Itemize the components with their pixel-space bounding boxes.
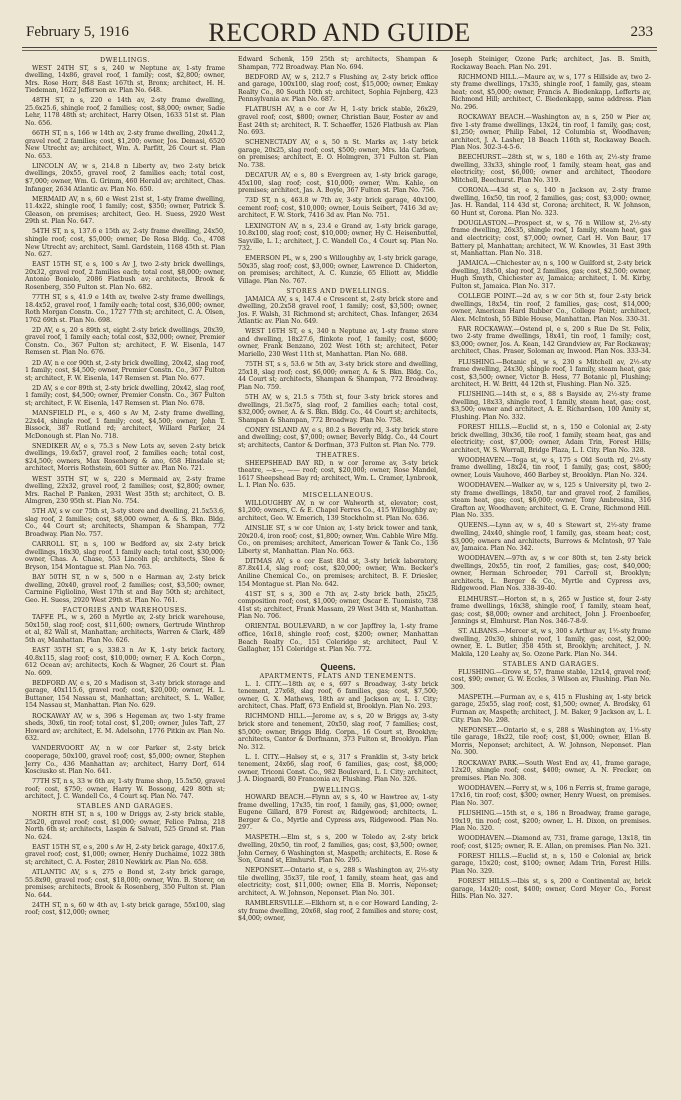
building-plan-entry: WOODHAVEN.—97th av, s w cor 80th st, ten…	[451, 555, 651, 593]
header-rule	[22, 47, 657, 48]
building-plan-entry: DECATUR AV, e s, 80 s Evergreen av, 1-st…	[238, 172, 438, 195]
section-heading: STABLES AND GARAGES.	[25, 803, 225, 811]
section-heading: DWELLINGS.	[238, 787, 438, 795]
building-plan-entry: 2D AV, n e cor 90th st, 2-sty brick dwel…	[25, 360, 225, 383]
building-plan-entry: 2D AV, e s, 20 s 89th st, eight 2-sty br…	[25, 327, 225, 357]
building-plan-entry: MANSFIELD PL, e s, 460 s Av M, 2-sty fra…	[25, 410, 225, 440]
column-3: Joseph Steiniger, Ozone Park; architect,…	[451, 56, 651, 903]
building-plan-entry: FLUSHING.—14th st, e s, 88 s Bayside av,…	[451, 391, 651, 421]
section-heading: MISCELLANEOUS.	[238, 492, 438, 500]
building-plan-entry: BEDFORD AV, w s, 212.7 s Flushing av, 2-…	[238, 74, 438, 104]
building-plan-entry: 41ST ST, s s, 300 e 7th av, 2-sty brick …	[238, 591, 438, 621]
building-plan-entry: 5TH AV, s w cor 75th st, 3-sty store and…	[25, 508, 225, 538]
building-plan-entry: RICHMOND HILL.—Jerome av, s s, 20 w Brig…	[238, 713, 438, 751]
building-plan-entry: 75TH ST, s s, 53.6 w 5th av, 3-sty brick…	[238, 361, 438, 391]
building-plan-entry: CARROLL ST, n s, 100 w Bedford av, six 2…	[25, 541, 225, 571]
column-1: DWELLINGS.WEST 24TH ST, s s, 240 w Neptu…	[25, 56, 225, 919]
building-plan-entry: DOUGLASTON.—Prospect st, w s, 76 n Willo…	[451, 220, 651, 258]
building-plan-entry: 73D ST, n s, 463.8 w 7th av, 3-sty brick…	[238, 197, 438, 220]
building-plan-entry: ORIENTAL BOULEVARD, n w cor Japffrey la,…	[238, 623, 438, 653]
building-plan-entry: 77TH ST, n s, 33 w 6th av, 1-sty frame s…	[25, 778, 225, 801]
building-plan-entry: LINCOLN AV, w s, 214.8 n Liberty av, two…	[25, 163, 225, 193]
building-plan-entry: JAMAICA AV, s s, 147.4 e Crescent st, 2-…	[238, 296, 438, 326]
building-plan-entry: FLUSHING.—Grove st, 57, frame stable, 12…	[451, 669, 651, 692]
building-plan-entry: BEDFORD AV, e s, 20 s Madison st, 3-sty …	[25, 680, 225, 710]
section-heading: STORES AND DWELLINGS.	[238, 288, 438, 296]
building-plan-entry: CORONA.—43d st, e s, 140 n Jackson av, 2…	[451, 187, 651, 217]
building-plan-entry: ROCKAWAY BEACH.—Washington av, n s, 250 …	[451, 114, 651, 152]
building-plan-entry: MASPETH.—Furman av, e s, 415 n Flushing …	[451, 694, 651, 724]
building-plan-entry: BAY 50TH ST, n w s, 500 n e Harman av, 2…	[25, 574, 225, 604]
building-plan-entry: WEST 16TH ST, e s, 340 n Neptune av, 1-s…	[238, 328, 438, 358]
building-plan-entry: 77TH ST, s s, 41.9 e 14th av, twelve 2-s…	[25, 294, 225, 324]
building-plan-entry: FOREST HILLS.—Ibis st, s s, 200 e Contin…	[451, 878, 651, 901]
building-plan-entry: FLUSHING.—15th st, e s, 186 n Broadway, …	[451, 810, 651, 833]
building-plan-entry: AINSLIE ST, s w cor Union av, 1-sty bric…	[238, 525, 438, 555]
building-plan-entry: ATLANTIC AV, s s, 275 e Bond st, 2-sty b…	[25, 869, 225, 899]
section-heading: STABLES AND GARAGES.	[451, 661, 651, 669]
building-plan-entry: Joseph Steiniger, Ozone Park; architect,…	[451, 56, 651, 71]
building-plan-entry: NEPONSET.—Ontario st, e s, 288 s Washing…	[451, 727, 651, 757]
building-plan-entry: ELMHURST.—Horton st, n s, 265 w Justice …	[451, 596, 651, 626]
building-plan-entry: RAMBLERSVILLE.—Elkhorn st, n e cor Howar…	[238, 900, 438, 923]
building-plan-entry: WOODHAVEN.—Ferry st, w s, 106 n Ferris s…	[451, 785, 651, 808]
building-plan-entry: EAST 15TH ST, e s, 200 s Av H, 2-sty bri…	[25, 844, 225, 867]
section-heading: APARTMENTS, FLATS AND TENEMENTS.	[238, 673, 438, 681]
building-plan-entry: FLUSHING.—Botanic pl, w s, 230 s Mitchel…	[451, 359, 651, 389]
building-plan-entry: WEST 35TH ST, w s, 220 s Mermaid av, 2-s…	[25, 476, 225, 506]
borough-heading: Queens.	[238, 664, 438, 672]
column-2: Edward Schenk, 159 25th st; architects, …	[238, 56, 438, 925]
building-plan-entry: L. I. CITY.—18th av, e s, 697 s Broadway…	[238, 681, 438, 711]
building-plan-entry: WOODHAVEN.—Diamond av, 731, frame garage…	[451, 835, 651, 850]
section-heading: DWELLINGS.	[25, 57, 225, 65]
building-plan-entry: WILLOUGHBY AV, n w cor Walworth st, elev…	[238, 500, 438, 523]
building-plan-entry: NEPONSET.—Ontario st, e s, 288 s Washing…	[238, 867, 438, 897]
building-plan-entry: RICHMOND HILL.—Maure av, w s, 177 s Hill…	[451, 74, 651, 112]
page-number: 233	[631, 24, 654, 41]
building-plan-entry: ROCKAWAY AV, w s, 396 s Hegeman av, two …	[25, 713, 225, 743]
building-plan-entry: DITMAS AV, s e cor East 83d st, 3-sty br…	[238, 558, 438, 588]
building-plan-entry: 66TH ST, n s, 166 w 14th av, 2-sty frame…	[25, 130, 225, 160]
building-plan-entry: 5TH AV, w s, 21.5 s 75th st, four 3-sty …	[238, 394, 438, 424]
building-plan-entry: COLLEGE POINT.—2d av, s w cor 5th st, fo…	[451, 293, 651, 323]
section-heading: THEATRES.	[238, 452, 438, 460]
building-plan-entry: Edward Schenk, 159 25th st; architects, …	[238, 56, 438, 71]
building-plan-entry: NORTH 8TH ST, n s, 100 w Driggs av, 2-st…	[25, 811, 225, 841]
building-plan-entry: LEXINGTON AV, n s, 23.4 e Grand av, 1-st…	[238, 223, 438, 253]
building-plan-entry: SCHENECTADY AV, e s, 50 n St. Marks av, …	[238, 139, 438, 169]
building-plan-entry: CONEY ISLAND AV, e s, 80.2 s Beverly rd,…	[238, 427, 438, 450]
building-plan-entry: JAMAICA.—Chichester av, n s, 100 w Guilf…	[451, 260, 651, 290]
building-plan-entry: FOREST HILLS.—Euclid st, n s, 150 e Colo…	[451, 424, 651, 454]
building-plan-entry: BEECHURST.—28th st, w s, 180 e 16th av, …	[451, 154, 651, 184]
building-plan-entry: 54TH ST, n s, 137.6 e 15th av, 2-sty fra…	[25, 228, 225, 258]
building-plan-entry: SHEEPSHEAD BAY RD, n w cor Jerome av, 3-…	[238, 460, 438, 490]
building-plan-entry: EAST 35TH ST, e s, 338.3 n Av K, 1-sty b…	[25, 647, 225, 677]
newspaper-page: February 5, 1916 RECORD AND GUIDE 233 DW…	[0, 0, 681, 1100]
page-header: February 5, 1916 RECORD AND GUIDE 233	[26, 18, 653, 48]
header-rule-thin	[22, 50, 657, 51]
building-plan-entry: EAST 15TH ST, e s, 100 s Av J, two 2-sty…	[25, 261, 225, 291]
building-plan-entry: WEST 24TH ST, s s, 240 w Neptune av, 1-s…	[25, 65, 225, 95]
building-plan-entry: 48TH ST, n s, 220 e 14th av, 2-sty frame…	[25, 97, 225, 127]
building-plan-entry: FAR ROCKAWAY.—Ostend pl, e s, 200 s Rue …	[451, 326, 651, 356]
building-plan-entry: SNEDIKER AV, e s, 75.3 s New Lots av, se…	[25, 443, 225, 473]
building-plan-entry: WOODHAVEN.—Toga st, w s, 175 s Old South…	[451, 457, 651, 480]
building-plan-entry: FOREST HILLS.—Euclid st, n s, 150 e Colo…	[451, 853, 651, 876]
building-plan-entry: QUEENS.—Lynn av, w s, 40 s Stewart st, 2…	[451, 522, 651, 552]
building-plan-entry: TAFFE PL, w s, 260 n Myrtle av, 2-sty br…	[25, 614, 225, 644]
building-plan-entry: MERMAID AV, n s, 60 e West 21st st, 1-st…	[25, 196, 225, 226]
building-plan-entry: EMERSON PL, w s, 290 s Willoughby av, 1-…	[238, 255, 438, 285]
building-plan-entry: VANDERVOORT AV, n w cor Parker st, 2-sty…	[25, 745, 225, 775]
building-plan-entry: WOODHAVEN.—Walker av, w s, 125 s Univers…	[451, 482, 651, 520]
building-plan-entry: L. I. CITY.—Halsey st, e s, 317 s Frankl…	[238, 754, 438, 784]
building-plan-entry: 2D AV, s e cor 89th st, 2-sty brick dwel…	[25, 385, 225, 408]
building-plan-entry: ROCKAWAY PARK.—South West End av, 41, fr…	[451, 760, 651, 783]
building-plan-entry: 24TH ST, n s, 60 w 4th av, 1-sty brick g…	[25, 902, 225, 917]
building-plan-entry: HOWARD BEACH.—Flynn av, s s, 40 w Hawtre…	[238, 794, 438, 832]
building-plan-entry: FLATBUSH AV, n e cor Av H, 1-sty brick s…	[238, 106, 438, 136]
publication-title: RECORD AND GUIDE	[26, 18, 653, 48]
building-plan-entry: ST. ALBANS.—Mercer st, w s, 300 s Arthur…	[451, 628, 651, 658]
building-plan-entry: MASPETH.—Elm st, s s, 200 w Toledo av, 2…	[238, 834, 438, 864]
